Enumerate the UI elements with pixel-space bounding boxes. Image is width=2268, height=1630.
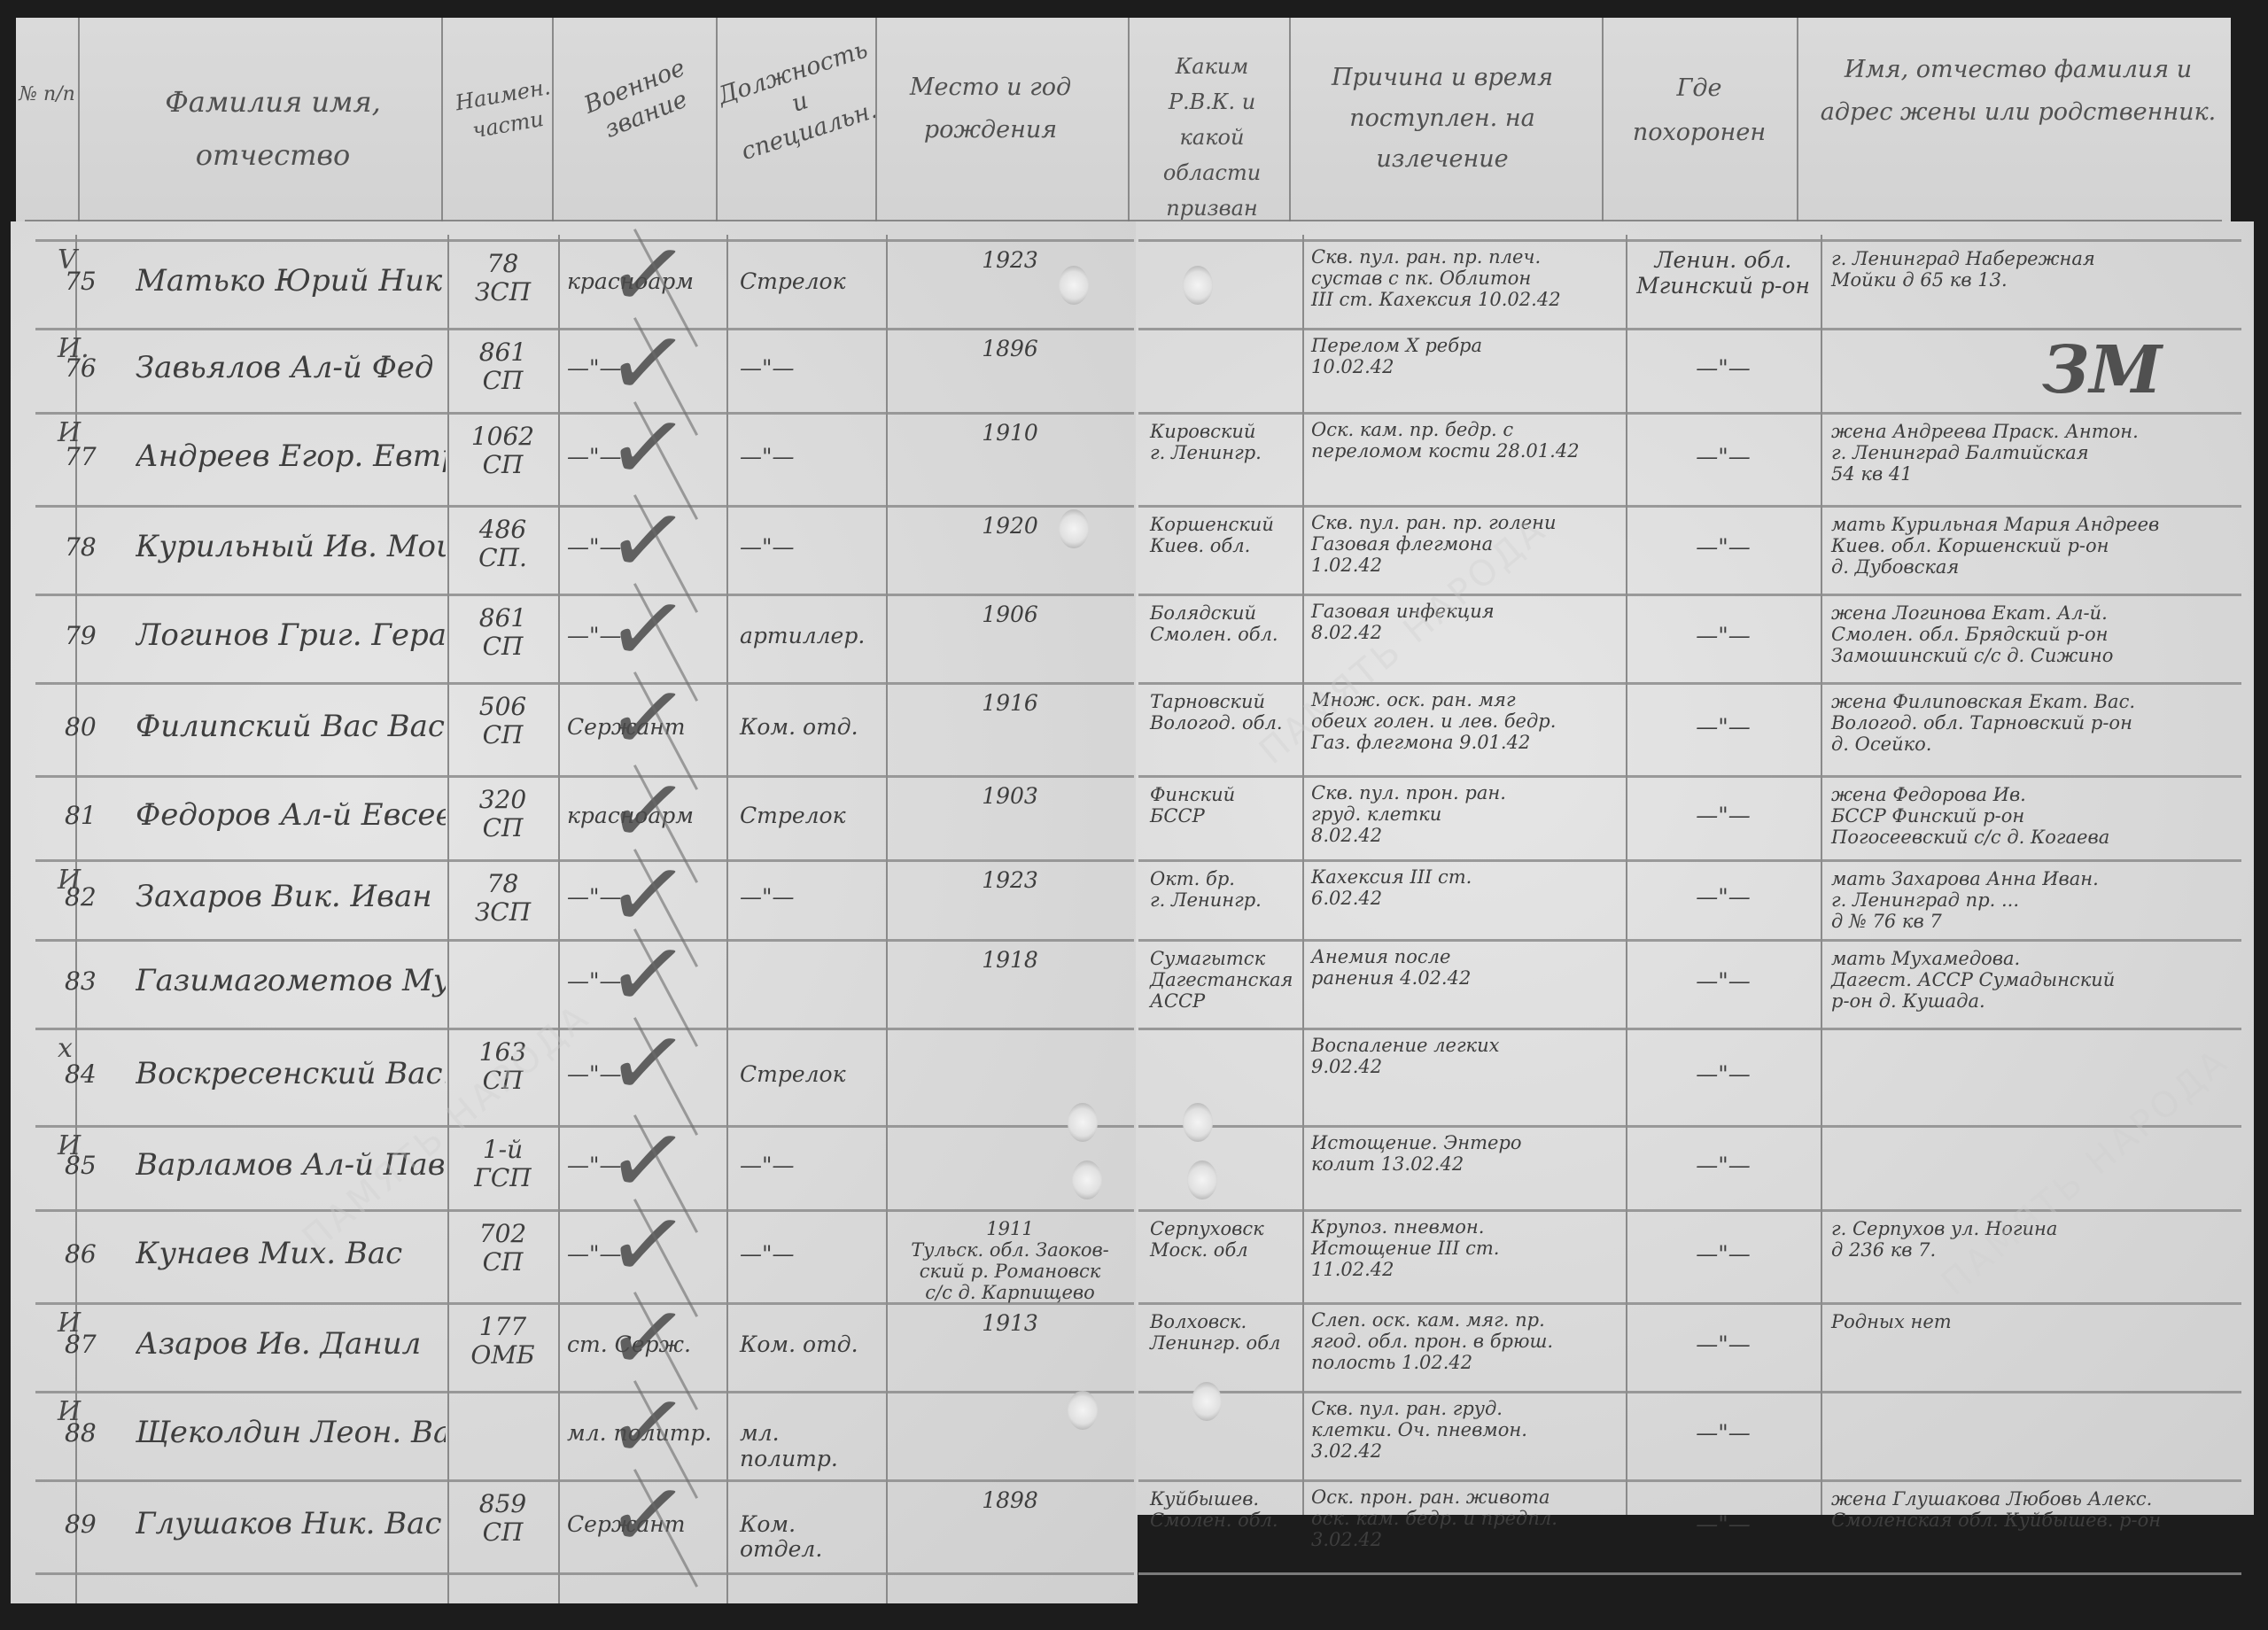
row-mark: х [58, 1033, 73, 1064]
row-number: 80 [65, 713, 97, 741]
row-divider [1138, 412, 2241, 415]
row-mark: И [58, 1308, 81, 1339]
conscription-office: Кировский г. Ленингр. [1150, 421, 1299, 463]
soldier-name: Филипский Вас Вас [136, 710, 446, 744]
column-divider [558, 235, 560, 1603]
row-number: 84 [65, 1060, 97, 1089]
relative-info: жена Андреева Праск. Антон. г. Ленинград… [1831, 421, 2243, 485]
conscription-office: Окт. бр. г. Ленингр. [1150, 868, 1299, 911]
row-divider [1138, 682, 2241, 685]
header-position: Должность и специальн. [714, 36, 885, 169]
conscription-office: Серпуховск Моск. обл [1150, 1218, 1299, 1261]
soldier-name: Завьялов Ал-й Фед [136, 351, 446, 385]
soldier-name: Андреев Егор. Евтр. [136, 439, 446, 474]
birth-place-year: 1906 [904, 602, 1116, 628]
conscription-office: Волховск. Ленингр. обл [1150, 1311, 1299, 1354]
row-divider [35, 859, 1134, 862]
burial-place: —"— [1635, 885, 1812, 911]
binding-hole [1183, 1103, 1213, 1142]
unit-name: 861 СП [447, 604, 558, 661]
unit-name: 1062 СП [447, 423, 558, 479]
unit-name: 177 ОМБ [447, 1313, 558, 1370]
birth-place-year: 1918 [904, 948, 1116, 974]
column-divider [1302, 235, 1304, 1515]
stamp-mark: ЗМ [2042, 332, 2162, 408]
row-divider [35, 1209, 1134, 1212]
binding-hole [1072, 1160, 1102, 1199]
burial-place: —"— [1635, 803, 1812, 829]
row-divider [1138, 1028, 2241, 1030]
row-divider [35, 594, 1134, 596]
row-divider [35, 1479, 1134, 1482]
row-divider [1138, 239, 2241, 242]
soldier-name: Газимагометов Мухамед [136, 964, 446, 998]
position: —"— [740, 885, 882, 911]
conscription-office: Куйбышев. Смолен. обл. [1150, 1488, 1299, 1531]
unit-name: 702 СП [447, 1220, 558, 1277]
row-divider [35, 1572, 1134, 1575]
conscription-office: Болядский Смолен. обл. [1150, 602, 1299, 645]
binding-hole [1059, 266, 1089, 305]
row-number: 81 [65, 802, 97, 830]
binding-hole [1183, 266, 1213, 305]
row-divider [1138, 1209, 2241, 1212]
row-divider [1138, 1125, 2241, 1128]
header-birth: Место и год рождения [889, 66, 1092, 151]
birth-place-year: 1913 [904, 1311, 1116, 1337]
binding-hole [1068, 1103, 1098, 1142]
binding-hole [1059, 509, 1089, 548]
birth-place-year: 1916 [904, 691, 1116, 717]
burial-place: —"— [1635, 1242, 1812, 1268]
relative-info: Родных нет [1831, 1311, 2243, 1332]
row-divider [1138, 1302, 2241, 1305]
birth-place-year: 1923 [904, 248, 1116, 274]
soldier-name: Логинов Григ. Герас. [136, 618, 446, 653]
conscription-office: Финский БССР [1150, 784, 1299, 827]
cause-and-admission-date: Оск. прон. ран. живота оск. кам. бедр. и… [1311, 1486, 1621, 1550]
header-unit: Наимен. части [450, 72, 561, 149]
relative-info: жена Глушакова Любовь Алекс. Смоленская … [1831, 1488, 2243, 1531]
header-cause: Причина и время поступлен. на излечение [1292, 58, 1593, 180]
cause-and-admission-date: Слеп. оск. кам. мяг. пр. ягод. обл. прон… [1311, 1309, 1621, 1373]
row-divider [35, 412, 1134, 415]
unit-name: 859 СП [447, 1490, 558, 1547]
unit-name: 486 СП. [447, 516, 558, 572]
burial-place: —"— [1635, 624, 1812, 649]
burial-place: Ленин. обл. Мгинский р-он [1635, 248, 1812, 299]
row-number: 83 [65, 967, 97, 996]
row-number: 78 [65, 533, 97, 562]
row-divider [1138, 328, 2241, 330]
burial-place: —"— [1635, 969, 1812, 995]
unit-name: 1-й ГСП [447, 1136, 558, 1192]
birth-place-year: 1911 Тульск. обл. Заоков- ский р. Романо… [904, 1218, 1116, 1304]
row-divider [1138, 594, 2241, 596]
soldier-name: Кунаев Мих. Вас [136, 1237, 446, 1271]
relative-info: жена Федорова Ив. БССР Финский р-он Пого… [1831, 784, 2243, 848]
row-divider [1138, 1572, 2241, 1575]
relative-info: мать Курильная Мария Андреев Киев. обл. … [1831, 514, 2243, 578]
burial-place: —"— [1635, 715, 1812, 741]
cause-and-admission-date: Воспаление легких 9.02.42 [1311, 1035, 1621, 1077]
conscription-office: Сумагытск Дагестанская АССР [1150, 948, 1299, 1012]
soldier-name: Воскресенский Вас. Ник [136, 1057, 446, 1091]
row-divider [35, 775, 1134, 778]
row-divider [1138, 1479, 2241, 1482]
cause-and-admission-date: Скв. пул. ран. пр. плеч. сустав с пк. Об… [1311, 246, 1621, 310]
relative-info: жена Логинова Екат. Ал-й. Смолен. обл. Б… [1831, 602, 2243, 666]
birth-place-year: 1903 [904, 784, 1116, 810]
header-sheet: № п/п Фамилия имя, отчество Наимен. част… [16, 18, 2231, 235]
unit-name: 320 СП [447, 786, 558, 842]
binding-hole [1068, 1391, 1098, 1430]
row-divider [35, 939, 1134, 942]
column-divider [1821, 235, 1822, 1515]
header-rvk: Каким Р.В.К. и какой области призван [1141, 49, 1283, 226]
position: Ком. отд. [740, 715, 882, 741]
row-mark: И [58, 865, 81, 896]
row-mark: V [58, 244, 77, 276]
position: Ком. отдел. [740, 1512, 882, 1564]
burial-place: —"— [1635, 1332, 1812, 1358]
soldier-name: Захаров Вик. Иван [136, 880, 446, 914]
position: —"— [740, 535, 882, 561]
position: —"— [740, 1242, 882, 1268]
position: —"— [740, 445, 882, 470]
unit-name: 506 СП [447, 693, 558, 749]
burial-place: —"— [1635, 445, 1812, 470]
birth-place-year: 1910 [904, 421, 1116, 446]
soldier-name: Глушаков Ник. Вас [136, 1507, 446, 1541]
row-divider [35, 1125, 1134, 1128]
header-buried: Где похоронен [1611, 66, 1788, 155]
row-divider [1138, 775, 2241, 778]
row-divider [35, 682, 1134, 685]
position: мл. политр. [740, 1421, 882, 1472]
row-divider [35, 239, 1134, 242]
burial-place: —"— [1635, 1512, 1812, 1538]
relative-info: мать Мухамедова. Дагест. АССР Сумадынски… [1831, 948, 2243, 1012]
cause-and-admission-date: Истощение. Энтеро колит 13.02.42 [1311, 1132, 1621, 1175]
cause-and-admission-date: Скв. пул. ран. груд. клетки. Оч. пневмон… [1311, 1398, 1621, 1462]
column-divider [726, 235, 728, 1603]
row-mark: И. [58, 333, 89, 364]
position: Ком. отд. [740, 1332, 882, 1358]
binding-hole [1192, 1382, 1222, 1421]
row-divider [35, 328, 1134, 330]
soldier-name: Азаров Ив. Данил [136, 1327, 446, 1362]
soldier-name: Федоров Ал-й Евсеев [136, 798, 446, 833]
unit-name: 78 ЗСП [447, 870, 558, 927]
header-rank: Военное звание [559, 45, 721, 158]
row-number: 89 [65, 1510, 97, 1539]
burial-place: —"— [1635, 1062, 1812, 1088]
birth-place-year: 1896 [904, 337, 1116, 362]
relative-info: жена Филиповская Екат. Вас. Вологод. обл… [1831, 691, 2243, 755]
row-mark: И [58, 1396, 81, 1427]
column-divider [1626, 235, 1627, 1515]
header-num: № п/п [16, 80, 78, 110]
cause-and-admission-date: Крупоз. пневмон. Истощение III ст. 11.02… [1311, 1216, 1621, 1280]
unit-name: 78 ЗСП [447, 250, 558, 307]
birth-place-year: 1898 [904, 1488, 1116, 1514]
position: Стрелок [740, 803, 882, 829]
position: —"— [740, 356, 882, 382]
row-divider [1138, 505, 2241, 508]
cause-and-admission-date: Анемия после ранения 4.02.42 [1311, 946, 1621, 989]
burial-place: —"— [1635, 535, 1812, 561]
row-mark: И [58, 1130, 81, 1161]
burial-place: —"— [1635, 1153, 1812, 1179]
row-number: 79 [65, 622, 97, 650]
cause-and-admission-date: Кахексия III ст. 6.02.42 [1311, 866, 1621, 909]
birth-place-year: 1923 [904, 868, 1116, 894]
conscription-office: Коршенский Киев. обл. [1150, 514, 1299, 556]
row-number: 86 [65, 1240, 97, 1269]
column-divider [886, 235, 888, 1603]
row-divider [1138, 939, 2241, 942]
row-divider [1138, 859, 2241, 862]
soldier-name: Щеколдин Леон. Вас [136, 1416, 446, 1450]
cause-and-admission-date: Скв. пул. прон. ран. груд. клетки 8.02.4… [1311, 782, 1621, 846]
position: Стрелок [740, 269, 882, 295]
binding-hole [1187, 1160, 1217, 1199]
unit-name: 861 СП [447, 338, 558, 395]
cause-and-admission-date: Оск. кам. пр. бедр. с переломом кости 28… [1311, 419, 1621, 462]
position: Стрелок [740, 1062, 882, 1088]
row-divider [35, 1391, 1134, 1393]
cause-and-admission-date: Перелом X ребра 10.02.42 [1311, 335, 1621, 377]
relative-info: мать Захарова Анна Иван. г. Ленинград пр… [1831, 868, 2243, 932]
header-relatives: Имя, отчество фамилия и адрес жены или р… [1814, 49, 2222, 134]
row-divider [35, 505, 1134, 508]
burial-place: —"— [1635, 1421, 1812, 1447]
position: артиллер. [740, 624, 882, 649]
soldier-name: Матько Юрий Ник [136, 264, 446, 299]
row-mark: И [58, 417, 81, 448]
header-name: Фамилия имя, отчество [96, 75, 450, 182]
relative-info: г. Ленинград Набережная Мойки д 65 кв 13… [1831, 248, 2243, 291]
position: —"— [740, 1153, 882, 1179]
row-divider [1138, 1391, 2241, 1393]
burial-place: —"— [1635, 356, 1812, 382]
soldier-name: Курильный Ив. Моис [136, 530, 446, 564]
